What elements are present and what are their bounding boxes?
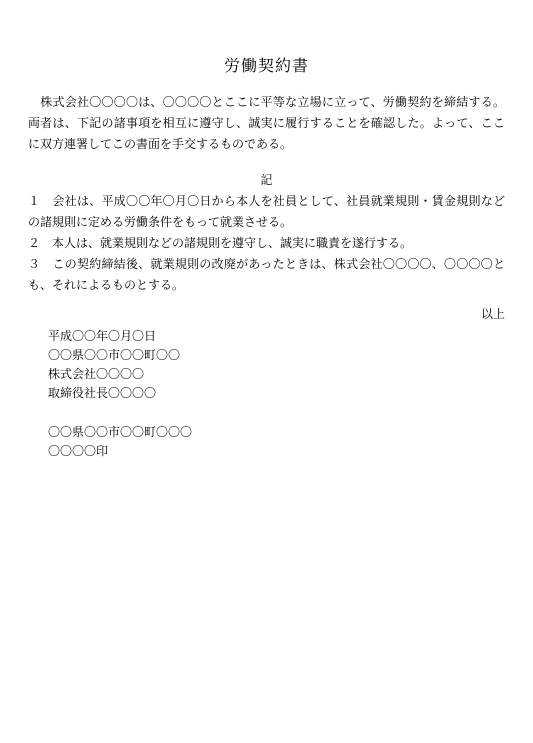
labor-contract-page: 労働契約書 株式会社〇〇〇〇は、〇〇〇〇とここに平等な立場に立って、労働契約を締… [0,0,533,743]
contract-date: 平成〇〇年〇月〇日 [48,327,505,346]
clause-1: １ 会社は、平成〇〇年〇月〇日から本人を社員として、社員就業規則・賃金規則などの… [28,191,505,233]
record-marker: 記 [28,170,505,191]
employer-company-name: 株式会社〇〇〇〇 [48,365,505,384]
employee-signature-block: 〇〇県〇〇市〇〇町〇〇〇 〇〇〇〇印 [28,423,505,461]
employer-signature-block: 平成〇〇年〇月〇日 〇〇県〇〇市〇〇町〇〇 株式会社〇〇〇〇 取締役社長〇〇〇〇 [28,327,505,403]
clause-2: ２ 本人は、就業規則などの諸規則を遵守し、誠実に職責を遂行する。 [28,233,505,254]
document-title: 労働契約書 [28,55,505,77]
employer-address: 〇〇県〇〇市〇〇町〇〇 [48,346,505,365]
employee-name-seal: 〇〇〇〇印 [48,442,505,461]
clause-3: ３ この契約締結後、就業規則の改廃があったときは、株式会社〇〇〇〇、〇〇〇〇とも… [28,254,505,296]
employer-representative: 取締役社長〇〇〇〇 [48,384,505,403]
employee-address: 〇〇県〇〇市〇〇町〇〇〇 [48,423,505,442]
intro-paragraph: 株式会社〇〇〇〇は、〇〇〇〇とここに平等な立場に立って、労働契約を締結する。両者… [28,92,505,155]
closing-marker: 以上 [28,304,505,325]
